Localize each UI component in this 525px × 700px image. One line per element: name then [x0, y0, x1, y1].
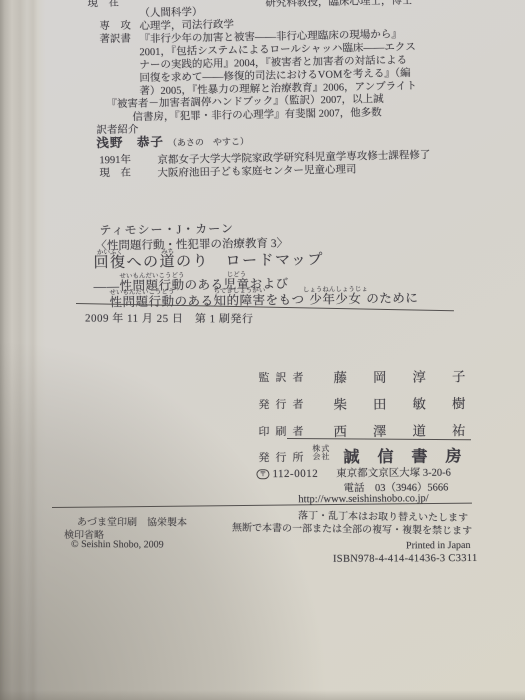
no-reproduction-notice: 無断で本書の一部または全部の複写・複製を禁じます	[232, 519, 472, 537]
translator-hist2-label: 現 在	[99, 165, 131, 181]
translator-name-kana: （あさの やすこ）	[168, 136, 249, 148]
copyright-line: © Seishin Shobo, 2009	[71, 539, 164, 550]
page-bottom-edge-shadow	[0, 690, 525, 700]
publisher-address: 東京都文京区大塚 3-20-6	[336, 468, 451, 480]
publisher-person-label: 発行者	[258, 396, 309, 412]
book-main-title: 回復かいふくへの道みちのり ロードマップ	[93, 246, 324, 271]
publishing-house-label: 発行所	[258, 449, 309, 465]
printer-person-label: 印刷者	[258, 423, 309, 439]
translator-name: 浅野 恭子	[96, 135, 164, 150]
printer-person-name: 西澤道祐	[333, 419, 491, 440]
bio-cut-line-tail: 研究科教授，臨床心理士，博士	[265, 0, 412, 10]
isbn-line: ISBN978-4-414-41436-3 C3311	[332, 553, 477, 565]
book-fore-edge	[0, 0, 46, 700]
publisher-person-name: 柴田敏樹	[333, 392, 491, 413]
printed-in-japan: Printed in Japan	[406, 540, 470, 551]
supervisor-label: 監訳者	[258, 369, 309, 385]
corporation-prefix: 株式 会社	[312, 445, 330, 461]
edition-date-line: 2009 年 11 月 25 日 第 1 刷発行	[85, 310, 253, 327]
postal-code: 112-0012	[272, 468, 318, 480]
postal-mark-icon: 〒	[256, 469, 269, 479]
book-colophon-page-photo: 現 在 研究科教授，臨床心理士，博士 （人間科学） 専 攻 心理学，司法行政学 …	[0, 0, 525, 700]
translator-hist2-text: 大阪府池田子ども家庭センター児童心理司	[157, 161, 356, 180]
supervisor-name: 藤岡淳子	[333, 365, 491, 386]
bio-works-label: 著訳書	[99, 31, 131, 47]
translator-name-line: 浅野 恭子（あさの やすこ）	[96, 130, 249, 152]
corp-bottom: 会社	[312, 452, 330, 461]
divider-above-publisher	[287, 438, 471, 440]
bio-cut-line-label: 現 在	[87, 0, 119, 10]
